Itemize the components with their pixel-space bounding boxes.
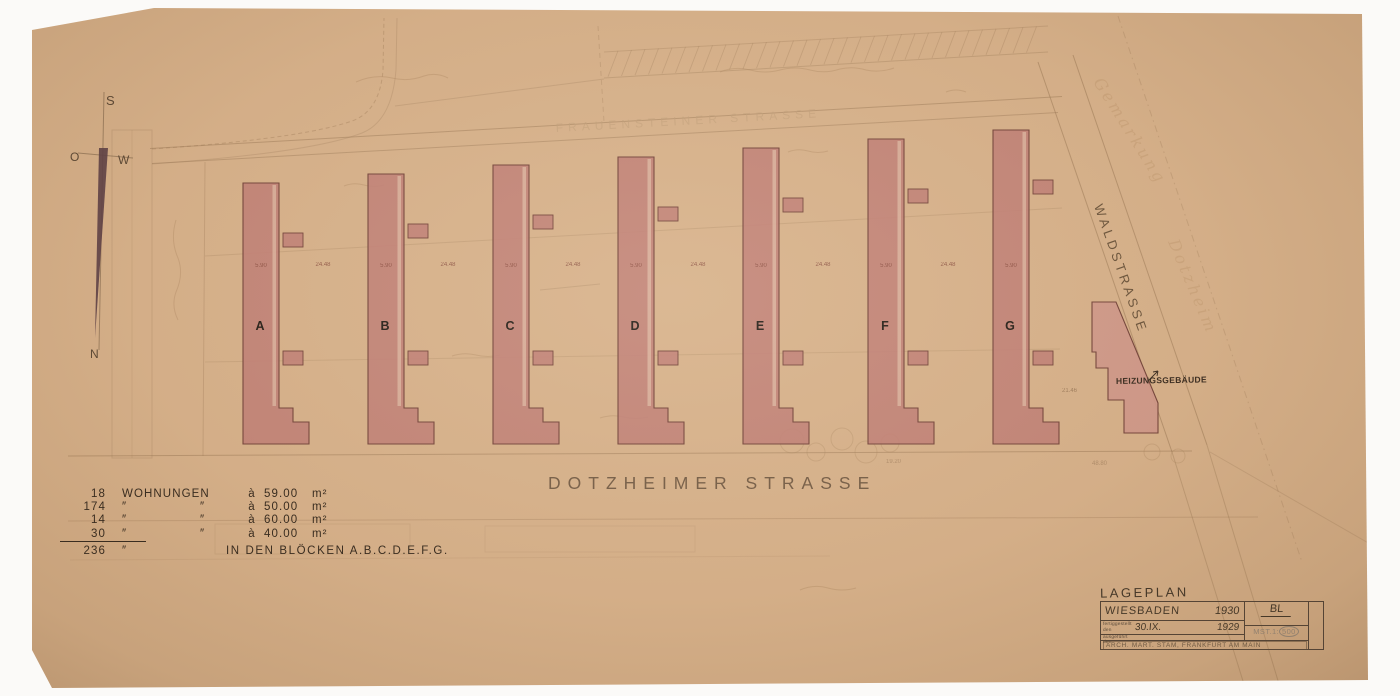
street-dim-1: 19.20	[886, 459, 902, 465]
stats-row: 14 ″ ″ à 60.00 m²	[58, 514, 478, 527]
block-inner-strip	[898, 141, 902, 406]
housing-block-group: F5.9024.48	[868, 139, 956, 444]
housing-block-group: G5.90	[993, 130, 1059, 444]
compass-south: S	[106, 93, 115, 108]
district-note: Gemarkung Dotzheim	[1090, 74, 1222, 337]
block-inner-strip	[273, 185, 277, 406]
heating-dim-label: 21.46	[1062, 388, 1078, 394]
block-width-dim: 5.90	[880, 263, 892, 269]
housing-block-group: C5.9024.48	[493, 165, 581, 444]
district-note-word2: Dotzheim	[1164, 235, 1221, 337]
balcony-upper	[533, 215, 553, 229]
stats-area: 59.00	[264, 488, 312, 501]
parcel-hatching	[608, 26, 1037, 76]
scale-value: 500	[1279, 626, 1299, 637]
block-width-dim: 5.90	[1005, 263, 1017, 269]
block-gap-dim: 24.48	[690, 262, 706, 268]
block-gap-dim: 24.48	[315, 262, 331, 268]
block-width-dim: 5.90	[755, 263, 767, 269]
label-completed: fertiggestellt den	[1101, 622, 1135, 633]
block-letter: F	[881, 319, 889, 333]
balcony-lower	[658, 351, 678, 365]
block-letter: G	[1005, 319, 1015, 333]
block-letter: A	[255, 319, 264, 333]
date-completed: 30.IX.	[1135, 622, 1218, 633]
stats-label: WOHNUNGEN	[108, 488, 200, 501]
architect-stamp: ARCH. MART. STAM, FRANKFURT AM MAIN	[1103, 641, 1307, 651]
block-inner-strip	[773, 150, 777, 406]
balcony-lower	[783, 351, 803, 365]
title-year: 1930	[1214, 605, 1245, 617]
block-width-dim: 5.90	[255, 263, 267, 269]
balcony-upper	[783, 198, 803, 212]
balcony-lower	[408, 351, 428, 365]
title-block-box: WIESBADEN 1930 fertiggestellt den 30.IX.…	[1100, 601, 1324, 650]
district-note-word1: Gemarkung	[1090, 74, 1171, 188]
balcony-lower	[283, 351, 303, 365]
stats-count: 18	[58, 488, 108, 501]
block-inner-strip	[1023, 132, 1027, 406]
housing-block-group: D5.9024.48	[618, 157, 706, 444]
dwelling-statistics: 18 WOHNUNGEN à 59.00 m² 174 ″ ″ à 50.00 …	[58, 488, 478, 558]
block-width-dim: 5.90	[380, 263, 392, 269]
balcony-lower	[533, 351, 553, 365]
stats-row: 18 WOHNUNGEN à 59.00 m²	[58, 488, 478, 501]
block-width-dim: 5.90	[630, 263, 642, 269]
housing-block-group: B5.9024.48	[368, 174, 456, 444]
compass-north: N	[90, 347, 99, 361]
block-gap-dim: 24.48	[815, 262, 831, 268]
compass: S O W N	[70, 92, 133, 361]
balcony-lower	[908, 351, 928, 365]
block-gap-dim: 24.48	[440, 262, 456, 268]
scale-cell: MST.1:500	[1244, 627, 1308, 636]
street-label-top: FRAUENSTEINER STRASSE	[555, 106, 821, 135]
block-width-dim: 5.90	[505, 263, 517, 269]
balcony-upper	[1033, 180, 1053, 194]
block-gap-dim: 24.48	[940, 262, 956, 268]
compass-west: W	[118, 153, 130, 167]
stats-row: 174 ″ ″ à 50.00 m²	[58, 501, 478, 514]
title-block: LAGEPLAN WIESBADEN 1930 fertiggestellt d…	[1100, 584, 1326, 650]
stats-total-count: 236	[58, 545, 108, 558]
balcony-lower	[1033, 351, 1053, 365]
stats-total-text: IN DEN BLÖCKEN A.B.C.D.E.F.G.	[200, 545, 449, 558]
block-gap-dim: 24.48	[565, 262, 581, 268]
block-inner-strip	[398, 176, 402, 406]
balcony-upper	[408, 224, 428, 238]
housing-blocks: A5.9024.48B5.9024.48C5.9024.48D5.9024.48…	[243, 130, 1059, 444]
heating-building-label: HEIZUNGSGEBÄUDE	[1116, 374, 1207, 386]
scanned-site-plan: S O W N A5.9024.48B5.9024.48C5.9024.48D5…	[0, 0, 1400, 696]
block-inner-strip	[523, 167, 527, 406]
block-inner-strip	[648, 159, 652, 406]
drawing-title: LAGEPLAN	[1100, 582, 1326, 600]
block-letter: E	[756, 319, 764, 333]
stats-row: 30 ″ ″ à 40.00 m²	[58, 528, 478, 541]
street-dim-2: 48.80	[1092, 461, 1108, 467]
year-completed: 1929	[1216, 622, 1244, 633]
housing-block-group: E5.9024.48	[743, 148, 831, 444]
initials-cell: BL	[1243, 603, 1309, 625]
block-letter: B	[380, 319, 389, 333]
stats-total-row: 236 ″ IN DEN BLÖCKEN A.B.C.D.E.F.G.	[58, 545, 478, 558]
housing-block-group: A5.9024.48	[243, 183, 331, 444]
compass-east: O	[70, 150, 79, 164]
balcony-upper	[908, 189, 928, 203]
street-dims: 19.20 48.80	[886, 459, 1108, 467]
block-letter: C	[505, 319, 514, 333]
balcony-upper	[283, 233, 303, 247]
stats-sum-line	[60, 541, 146, 542]
title-city: WIESBADEN	[1101, 605, 1215, 617]
street-label-dotzheimer: DOTZHEIMER STRASSE	[548, 473, 876, 493]
balcony-upper	[658, 207, 678, 221]
compass-needle	[95, 148, 108, 338]
block-letter: D	[630, 319, 639, 333]
